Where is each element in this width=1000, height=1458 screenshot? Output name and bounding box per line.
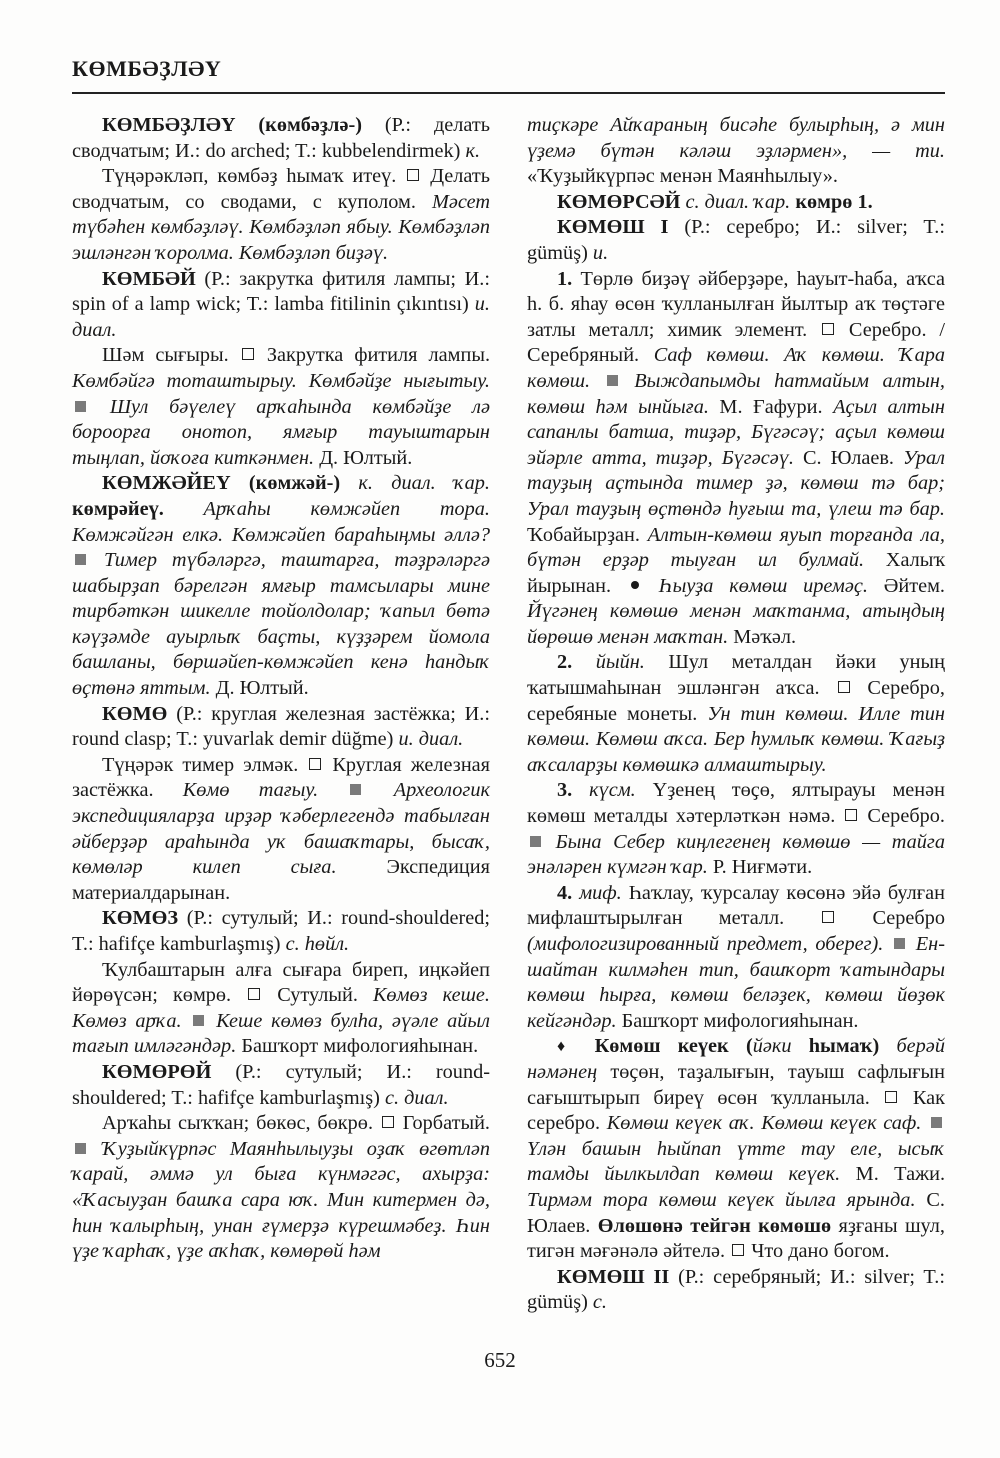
- author: Д. Юлтый.: [216, 677, 309, 699]
- translation-marker-icon: [822, 911, 834, 923]
- entry-komzhaieu: КӨМЖӘЙЕҮ (көмжәй-) к. диал. ҡар. көмрәйе…: [72, 471, 490, 701]
- example-marker-icon: [894, 938, 905, 949]
- examples: Көмбәйгә тоташтырыу. Көмбәйҙе нығытыу.: [72, 370, 490, 392]
- translation-marker-icon: [822, 323, 834, 335]
- variant-word: һымаҡ): [809, 1035, 879, 1057]
- translation-marker-icon: [309, 758, 321, 770]
- entry-kombazlau: КӨМБӘҘЛӘҮ (көмбәҙлә-) (Р.: делать сводча…: [72, 113, 490, 164]
- sense-4: 4. миф. Һаҡлау, ҡурсалау көсөнә эйә булғ…: [527, 881, 945, 1035]
- author: М. Тажи.: [856, 1163, 945, 1185]
- definition: Түңәрәк тимер элмәк.: [102, 754, 298, 776]
- entry-komoroi: КӨМӨРӨЙ (Р.: сутулый; И.: round-shoulder…: [72, 1060, 490, 1111]
- headword: КӨМӨРӨЙ: [102, 1061, 211, 1083]
- source: «Ҡуҙыйкүрпәс менән Маянһылыу».: [527, 165, 838, 187]
- pos: и. диал.: [399, 728, 464, 750]
- variant-open: (: [746, 1035, 753, 1057]
- example-marker-icon: [193, 1015, 204, 1026]
- sense-number: 4.: [557, 882, 572, 904]
- examples: Көмөш кеүек аҡ. Көмөш кеүек саф.: [607, 1112, 922, 1134]
- headword: КӨМӨ: [102, 703, 167, 725]
- proverb-marker-icon: [631, 581, 639, 589]
- sense-number: 1.: [557, 268, 572, 290]
- translation-marker-icon: [382, 1116, 394, 1128]
- definition: Шәм сығыры.: [102, 344, 229, 366]
- quote: Тирмәм тора көмөш кеүек йылға ярында.: [527, 1189, 916, 1211]
- pos: и.: [593, 242, 608, 264]
- example-marker-icon: [530, 836, 541, 847]
- translation-marker-icon: [838, 681, 850, 693]
- entry-komo: КӨМӨ (Р.: круглая железная застёжка; И.:…: [72, 702, 490, 753]
- sense: Шәм сығыры. Закрутка фитиля лампы. Көмбә…: [72, 343, 490, 471]
- idiom-phrase: Көмөш кеүек: [595, 1035, 729, 1057]
- sense-1: 1. Төрлө биҙәү әйберҙәре, һауыт-һаба, аҡ…: [527, 267, 945, 651]
- sense-label: күсм.: [589, 779, 636, 801]
- headword: КӨМБӘҘЛӘҮ: [102, 114, 235, 136]
- proverb-source: Әйтем.: [884, 575, 945, 597]
- example-marker-icon: [350, 784, 361, 795]
- headword: КӨМБӘЙ: [102, 268, 196, 290]
- sense-number: 3.: [557, 779, 572, 801]
- author: М. Ғафури.: [719, 396, 822, 418]
- source: Башҡорт мифологияһынан.: [622, 1010, 859, 1032]
- quote: Ҡуҙыйкүрпәс Маянһылыуҙы оҙаҡ өгөтләп ҡар…: [72, 1138, 490, 1262]
- example-marker-icon: [75, 554, 86, 565]
- entry-continuation: тиҫкәре Айҡараның бисәһе булырһың, ә мин…: [527, 113, 945, 190]
- pos: к.: [465, 140, 480, 162]
- translation-marker-icon: [242, 348, 254, 360]
- definition: Түңәрәкләп, көмбәҙ һымаҡ итеү.: [102, 165, 396, 187]
- headword: КӨМӨШ I: [557, 216, 668, 238]
- entry-kombai: КӨМБӘЙ (Р.: закрутка фитиля лампы; И.: s…: [72, 267, 490, 344]
- source: Башҡорт мифологияһынан.: [241, 1035, 478, 1057]
- translation-marker-icon: [248, 988, 260, 1000]
- author: Д. Юлтый.: [319, 447, 412, 469]
- author: Ҡобайырҙан.: [527, 524, 640, 546]
- author: Р. Ниғмәти.: [713, 856, 812, 878]
- sense-label: йыйн.: [596, 651, 645, 673]
- pos: к. диал. ҡар.: [358, 472, 490, 494]
- example-marker-icon: [75, 401, 86, 412]
- idiom-komosh-keuek: ♦ Көмөш кеүек (йәки һымаҡ) берәй нәмәнең…: [527, 1034, 945, 1264]
- pos: с.: [593, 1291, 607, 1313]
- entry-komoz: КӨМӨЗ (Р.: сутулый; И.: round-shouldered…: [72, 906, 490, 957]
- stem: (көмбәҙлә-): [258, 114, 362, 136]
- sense-2: 2. йыйн. Шул металдан йәки уның ҡатышмаһ…: [527, 650, 945, 778]
- pos: с. диал.: [385, 1087, 449, 1109]
- translation-marker-icon: [845, 809, 857, 821]
- sense-label: миф.: [579, 882, 622, 904]
- pos: с. һөйл.: [286, 933, 349, 955]
- example-marker-icon: [75, 1143, 86, 1154]
- sense-number: 2.: [557, 651, 572, 673]
- right-column: тиҫкәре Айҡараның бисәһе булырһың, ә мин…: [527, 113, 945, 1316]
- example-marker-icon: [931, 1117, 942, 1128]
- left-column: КӨМБӘҘЛӘҮ (көмбәҙлә-) (Р.: делать сводча…: [72, 113, 490, 1265]
- author: С. Юлаев.: [803, 447, 894, 469]
- running-head: КӨМБӘҘЛӘҮ: [72, 56, 221, 82]
- quote: Шул бәүелеү арҡаһында көмбәйҙе лә бороор…: [72, 396, 490, 469]
- sense: Түңәрәкләп, көмбәҙ һымаҡ итеү. Делать св…: [72, 164, 490, 266]
- proverb-source: Мәҡәл.: [733, 626, 796, 648]
- translation-marker-icon: [732, 1244, 744, 1256]
- definition: Арҡаһы сыҡҡан; бөкөс, бөкрө.: [102, 1112, 373, 1134]
- translation: Горбатый.: [403, 1112, 490, 1134]
- translation-note: (мифологизированный предмет, оберег).: [527, 933, 883, 955]
- entry-komorsai: КӨМӨРСӘЙ с. диал. ҡар. көмрө 1.: [527, 190, 945, 216]
- page-number: 652: [0, 1348, 1000, 1373]
- stem: (көмжәй-): [249, 472, 340, 494]
- variant-label: йәки: [753, 1035, 792, 1057]
- entry-komosh-1: КӨМӨШ I (Р.: серебро; И.: silver; T.: gü…: [527, 215, 945, 266]
- headword: КӨМЖӘЙЕҮ: [102, 472, 231, 494]
- sense: Ҡулбаштарын алға сығара биреп, иңкәйеп й…: [72, 958, 490, 1060]
- example-marker-icon: [607, 375, 618, 386]
- headword: КӨМӨШ II: [557, 1266, 669, 1288]
- idiom-marker-icon: ♦: [557, 1038, 577, 1055]
- cross-ref: көмрө 1.: [795, 191, 872, 213]
- headword: КӨМӨЗ: [102, 907, 178, 929]
- cross-ref: көмрәйеү.: [72, 498, 164, 520]
- translation-marker-icon: [885, 1091, 897, 1103]
- pos: с. диал. ҡар.: [686, 191, 791, 213]
- translation: Закрутка фитиля лампы.: [267, 344, 490, 366]
- header-rule: [72, 92, 945, 94]
- quote: тиҫкәре Айҡараның бисәһе булырһың, ә мин…: [527, 114, 945, 162]
- sense: Түңәрәк тимер элмәк. Круглая железная за…: [72, 753, 490, 907]
- headword: КӨМӨРСӘЙ: [557, 191, 680, 213]
- entry-komosh-2: КӨМӨШ II (Р.: серебряный; И.: silver; T.…: [527, 1265, 945, 1316]
- proverb: Һыуҙа көмөш иремәҫ.: [659, 575, 868, 597]
- translation: Серебро.: [867, 805, 945, 827]
- sense: Арҡаһы сыҡҡан; бөкөс, бөкрө. Горбатый. Ҡ…: [72, 1111, 490, 1265]
- translation: Серебро: [872, 907, 945, 929]
- examples: Көмө тағыу.: [183, 779, 318, 801]
- sense-3: 3. күсм. Үҙенең төҫө, ялтырауы менән көм…: [527, 778, 945, 880]
- translation: Сутулый.: [277, 984, 358, 1006]
- translation-marker-icon: [407, 169, 419, 181]
- idiom-phrase: Өлөшөнә тейгән көмөшө: [598, 1215, 831, 1237]
- translation: Что дано богом.: [751, 1240, 889, 1262]
